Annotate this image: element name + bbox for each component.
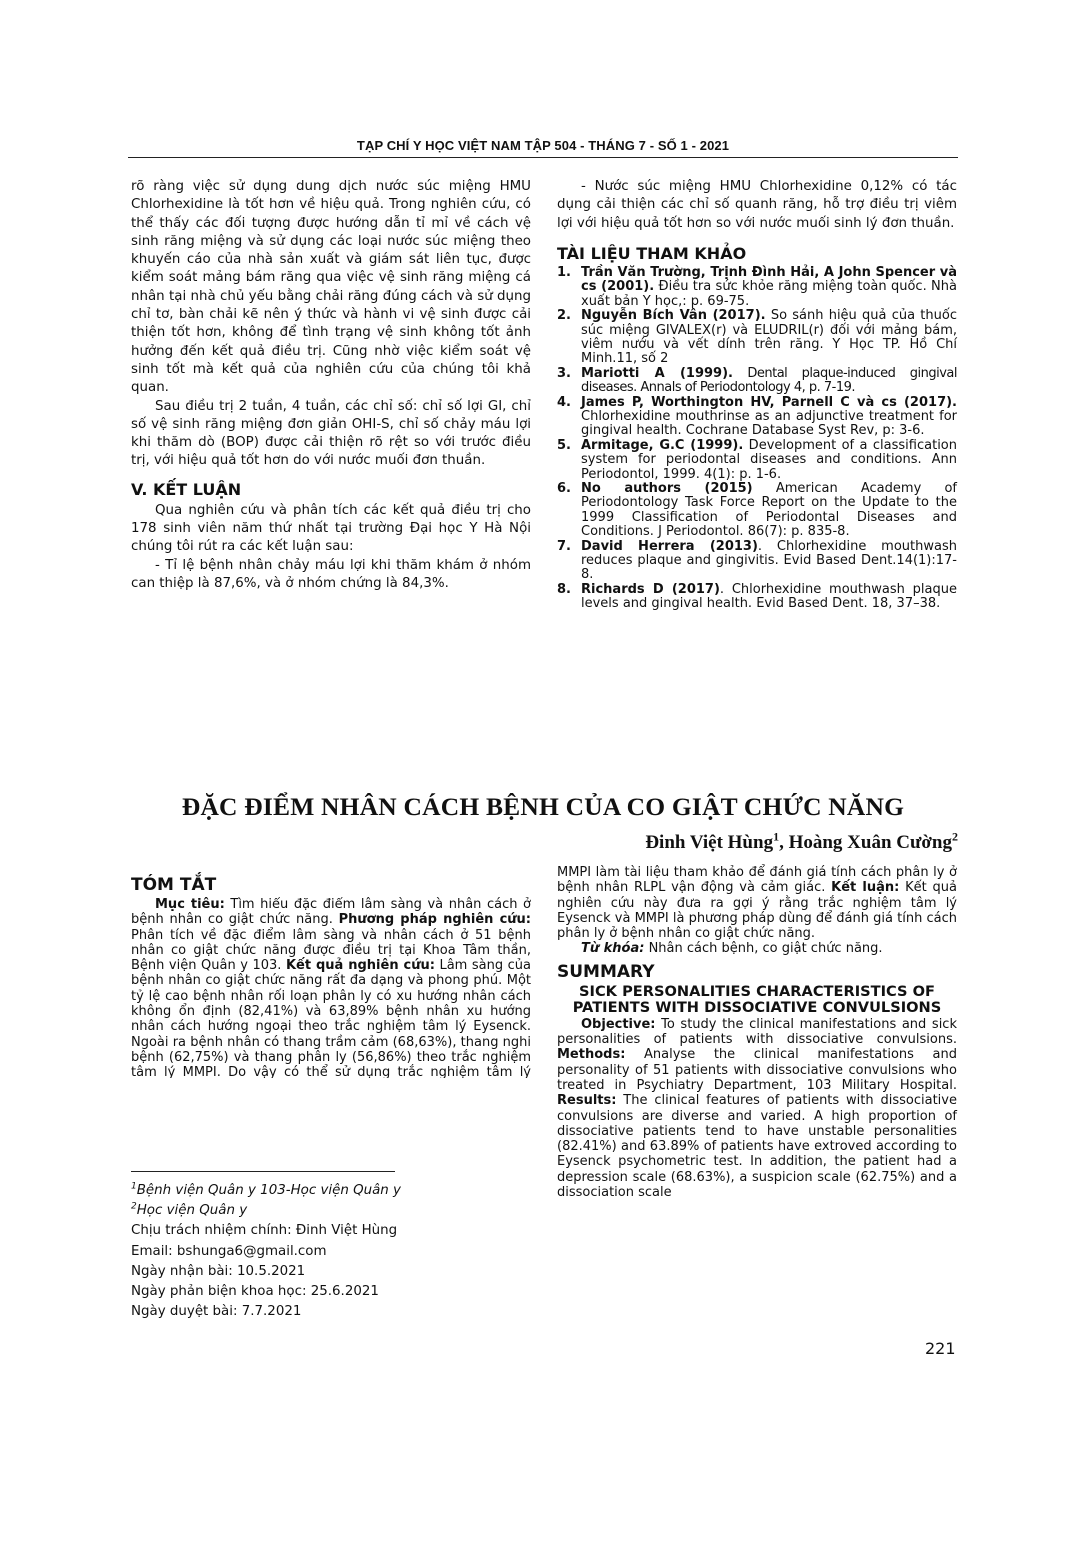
- affiliation-1: 1Bệnh viện Quân y 103-Học viện Quân y: [131, 1181, 531, 1201]
- header-rule: [128, 157, 958, 158]
- reference-authors: James P, Worthington HV, Parnell C và cs…: [581, 395, 957, 410]
- reference-item: 7.David Herrera (2013). Chlorhexidine mo…: [557, 540, 957, 583]
- reference-item: 6.No authors (2015) American Academy of …: [557, 482, 957, 540]
- article-title: ĐẶC ĐIỂM NHÂN CÁCH BỆNH CỦA CO GIẬT CHỨC…: [128, 792, 958, 822]
- received-date: Ngày nhận bài: 10.5.2021: [131, 1262, 531, 1282]
- reference-item: 5.Armitage, G.C (1999). Development of a…: [557, 439, 957, 482]
- reference-list: 1.Trần Văn Trường, Trịnh Đình Hải, A Joh…: [557, 266, 957, 612]
- reference-authors: Armitage, G.C (1999).: [581, 438, 743, 453]
- author-name: Đinh Việt Hùng: [645, 832, 773, 853]
- reference-item: 2.Nguyễn Bích Vân (2017). So sánh hiệu q…: [557, 309, 957, 367]
- page-number: 221: [925, 1339, 956, 1358]
- footnote-rule: [131, 1171, 395, 1172]
- reference-item: 4.James P, Worthington HV, Parnell C và …: [557, 396, 957, 439]
- reference-authors: Richards D (2017): [581, 582, 720, 597]
- body-paragraph: Sau điều trị 2 tuần, 4 tuần, các chỉ số:…: [131, 398, 531, 471]
- article-authors: Đinh Việt Hùng1, Hoàng Xuân Cường2: [645, 832, 958, 854]
- reference-authors: No authors (2015): [581, 481, 753, 496]
- reference-authors: David Herrera (2013): [581, 539, 758, 554]
- reference-authors: Nguyễn Bích Vân (2017).: [581, 308, 766, 323]
- author-name: Hoàng Xuân Cường: [789, 832, 952, 853]
- footnotes: 1Bệnh viện Quân y 103-Học viện Quân y 2H…: [131, 1181, 531, 1322]
- author-affiliation-mark: 2: [952, 830, 958, 844]
- email: Email: bshunga6@gmail.com: [131, 1242, 531, 1262]
- summary-heading: SUMMARY: [557, 961, 957, 983]
- section-heading-conclusion: V. KẾT LUẬN: [131, 480, 531, 500]
- reference-item: 3.Mariotti A (1999). Dental plaque-induc…: [557, 367, 957, 396]
- conclusion-paragraph: - Tỉ lệ bệnh nhân chảy máu lợi khi thăm …: [131, 557, 531, 594]
- keywords: Từ khóa: Nhân cách bệnh, co giật chức nă…: [557, 941, 957, 956]
- reference-authors: Mariotti A (1999).: [581, 366, 733, 381]
- running-header: TẠP CHÍ Y HỌC VIỆT NAM TẬP 504 - THÁNG 7…: [128, 138, 958, 153]
- reference-item: 8.Richards D (2017). Chlorhexidine mouth…: [557, 583, 957, 612]
- reference-item: 1.Trần Văn Trường, Trịnh Đình Hải, A Joh…: [557, 266, 957, 309]
- abstract-vi-left: TÓM TẮT Mục tiêu: Tìm hiểu đặc điểm lâm …: [131, 874, 531, 1078]
- body-paragraph: rõ ràng việc sử dụng dung dịch nước súc …: [131, 178, 531, 398]
- abstract-text: Mục tiêu: Tìm hiểu đặc điểm lâm sàng và …: [131, 897, 531, 1078]
- prev-article-right-column: - Nước súc miệng HMU Chlorhexidine 0,12%…: [557, 178, 957, 612]
- reviewed-date: Ngày phản biện khoa học: 25.6.2021: [131, 1282, 531, 1302]
- section-heading-references: TÀI LIỆU THAM KHẢO: [557, 244, 957, 264]
- english-title: SICK PERSONALITIES CHARACTERISTICS OF PA…: [557, 984, 957, 1016]
- prev-article-left-column: rõ ràng việc sử dụng dung dịch nước súc …: [131, 178, 531, 593]
- corresponding-author: Chịu trách nhiệm chính: Đinh Việt Hùng: [131, 1221, 531, 1241]
- affiliation-2: 2Học viện Quân y: [131, 1201, 531, 1221]
- abstract-heading: TÓM TẮT: [131, 874, 531, 896]
- conclusion-paragraph: - Nước súc miệng HMU Chlorhexidine 0,12%…: [557, 178, 957, 233]
- summary-text: Objective: To study the clinical manifes…: [557, 1017, 957, 1201]
- abstract-text-cont: MMPI làm tài liệu tham khảo để đánh giá …: [557, 865, 957, 941]
- accepted-date: Ngày duyệt bài: 7.7.2021: [131, 1302, 531, 1322]
- abstract-vi-right: MMPI làm tài liệu tham khảo để đánh giá …: [557, 865, 957, 1200]
- conclusion-paragraph: Qua nghiên cứu và phân tích các kết quả …: [131, 502, 531, 557]
